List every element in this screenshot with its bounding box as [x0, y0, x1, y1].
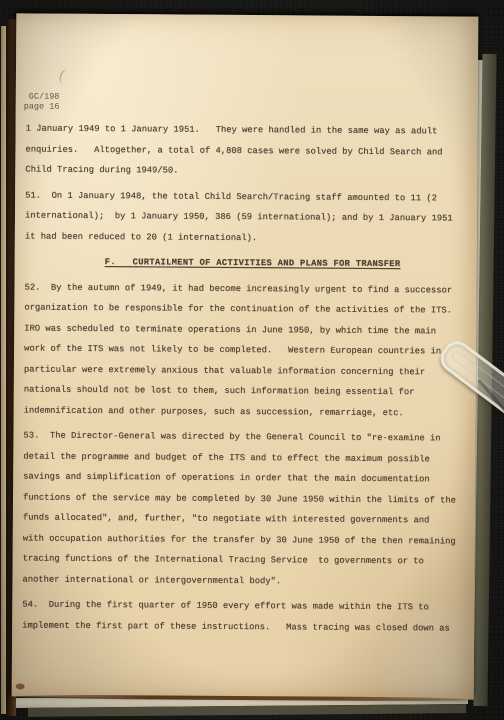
- scanned-document-photo: GC/198 page 16 1 January 1949 to 1 Janua…: [0, 0, 504, 720]
- paper-stain-spot: [16, 683, 25, 689]
- section-heading-text: F. CURTAILMENT OF ACTIVITIES AND PLANS F…: [105, 257, 401, 269]
- document-page: GC/198 page 16 1 January 1949 to 1 Janua…: [12, 13, 479, 699]
- paper-scratch-mark: [58, 68, 73, 86]
- paragraph: 53. The Director-General was directed by…: [22, 425, 463, 592]
- document-body: 1 January 1949 to 1 January 1951. They w…: [22, 118, 466, 643]
- paragraph: 52. By the autumn of 1949, it had become…: [24, 277, 465, 424]
- page-number: page 16: [24, 102, 60, 112]
- document-reference: GC/198 page 16: [24, 92, 60, 111]
- paragraph: 54. During the first quarter of 1950 eve…: [22, 594, 462, 638]
- section-heading: F. CURTAILMENT OF ACTIVITIES AND PLANS F…: [25, 251, 465, 275]
- paragraph: 1 January 1949 to 1 January 1951. They w…: [25, 118, 465, 183]
- paragraph: 51. On 1 January 1948, the total Child S…: [25, 185, 465, 250]
